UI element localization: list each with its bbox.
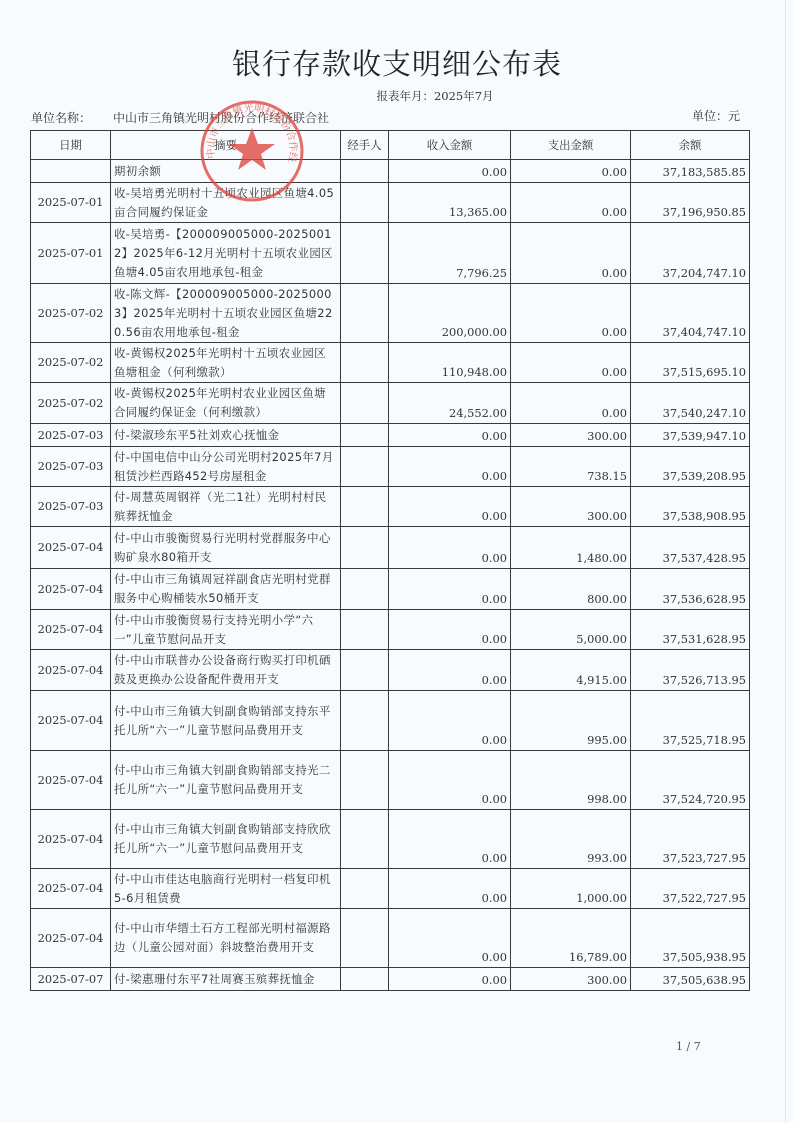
expense-cell: 1,480.00 <box>511 527 631 569</box>
date-cell: 2025-07-02 <box>31 284 111 343</box>
header-summary: 摘要 <box>111 131 341 160</box>
summary-cell: 收-黄锡权2025年光明村十五顷农业园区鱼塘租金（何利缴款） <box>111 343 341 383</box>
summary-cell: 付-中山市三角镇大钊副食购销部支持东平托儿所“六一”儿童节慰问品费用开支 <box>111 691 341 751</box>
balance-cell: 37,531,628.95 <box>631 610 750 650</box>
income-cell: 13,365.00 <box>389 183 511 223</box>
balance-cell: 37,196,950.85 <box>631 183 750 223</box>
income-cell: 200,000.00 <box>389 284 511 343</box>
table-row: 2025-07-01收-吴培勇-【200009005000-20250012】2… <box>31 223 750 284</box>
balance-cell: 37,526,713.95 <box>631 650 750 691</box>
summary-cell: 付-中山市联普办公设备商行购买打印机硒鼓及更换办公设备配件费用开支 <box>111 650 341 691</box>
date-cell: 2025-07-07 <box>31 968 111 991</box>
date-cell: 2025-07-04 <box>31 569 111 610</box>
expense-cell: 998.00 <box>511 751 631 810</box>
expense-cell: 0.00 <box>511 343 631 383</box>
income-cell: 0.00 <box>389 569 511 610</box>
table-row: 2025-07-04付-中山市三角镇大钊副食购销部支持光二托儿所“六一”儿童节慰… <box>31 751 750 810</box>
balance-cell: 37,515,695.10 <box>631 343 750 383</box>
balance-cell: 37,505,638.95 <box>631 968 750 991</box>
income-cell: 0.00 <box>389 447 511 487</box>
income-cell: 0.00 <box>389 691 511 751</box>
table-row: 2025-07-04付-中山市华缙土石方工程部光明村福源路边（儿童公园对面）斜坡… <box>31 909 750 968</box>
handler-cell <box>341 909 389 968</box>
expense-cell: 300.00 <box>511 424 631 447</box>
income-cell: 0.00 <box>389 751 511 810</box>
summary-cell: 收-吴培勇光明村十五顷农业园区鱼塘4.05亩合同履约保证金 <box>111 183 341 223</box>
date-cell: 2025-07-04 <box>31 527 111 569</box>
summary-cell: 付-中山市三角镇大钊副食购销部支持光二托儿所“六一”儿童节慰问品费用开支 <box>111 751 341 810</box>
table-row: 2025-07-04付-中山市三角镇大钊副食购销部支持欣欣托儿所“六一”儿童节慰… <box>31 810 750 869</box>
header-income: 收入金额 <box>389 131 511 160</box>
summary-cell: 收-吴培勇-【200009005000-20250012】2025年6-12月光… <box>111 223 341 284</box>
handler-cell <box>341 424 389 447</box>
table-row: 2025-07-03付-周慧英周钢祥（光二1社）光明村村民殡葬抚恤金0.0030… <box>31 487 750 527</box>
expense-cell: 4,915.00 <box>511 650 631 691</box>
handler-cell <box>341 284 389 343</box>
expense-cell: 0.00 <box>511 223 631 284</box>
summary-cell: 付-中国电信中山分公司光明村2025年7月租赁沙栏西路452号房屋租金 <box>111 447 341 487</box>
income-cell: 0.00 <box>389 650 511 691</box>
handler-cell <box>341 183 389 223</box>
table-row: 2025-07-01收-吴培勇光明村十五顷农业园区鱼塘4.05亩合同履约保证金1… <box>31 183 750 223</box>
handler-cell <box>341 691 389 751</box>
expense-cell: 0.00 <box>511 183 631 223</box>
table-row: 2025-07-02收-黄锡权2025年光明村十五顷农业园区鱼塘租金（何利缴款）… <box>31 343 750 383</box>
handler-cell <box>341 447 389 487</box>
table-row: 2025-07-04付-中山市联普办公设备商行购买打印机硒鼓及更换办公设备配件费… <box>31 650 750 691</box>
date-cell: 2025-07-04 <box>31 869 111 909</box>
table-row: 2025-07-04付-中山市骏衡贸易行支持光明小学“六一”儿童节慰问品开支0.… <box>31 610 750 650</box>
unit-name-label: 单位名称： <box>31 111 91 125</box>
handler-cell <box>341 223 389 284</box>
currency-unit: 单位：元 <box>692 107 740 124</box>
income-cell: 0.00 <box>389 160 511 183</box>
summary-cell: 期初余额 <box>111 160 341 183</box>
handler-cell <box>341 810 389 869</box>
balance-cell: 37,522,727.95 <box>631 869 750 909</box>
expense-cell: 300.00 <box>511 487 631 527</box>
date-cell: 2025-07-01 <box>31 223 111 284</box>
date-cell: 2025-07-04 <box>31 810 111 869</box>
summary-cell: 付-中山市三角镇周冠祥副食店光明村党群服务中心购桶装水50桶开支 <box>111 569 341 610</box>
page-edge <box>785 0 786 1123</box>
handler-cell <box>341 751 389 810</box>
table-row: 2025-07-04付-中山市三角镇大钊副食购销部支持东平托儿所“六一”儿童节慰… <box>31 691 750 751</box>
header-balance: 余额 <box>631 131 750 160</box>
summary-cell: 付-中山市骏衡贸易行支持光明小学“六一”儿童节慰问品开支 <box>111 610 341 650</box>
table-row: 2025-07-02收-陈文辉-【200009005000-20250003】2… <box>31 284 750 343</box>
balance-cell: 37,525,718.95 <box>631 691 750 751</box>
handler-cell <box>341 343 389 383</box>
expense-cell: 300.00 <box>511 968 631 991</box>
balance-cell: 37,183,585.85 <box>631 160 750 183</box>
income-cell: 0.00 <box>389 909 511 968</box>
balance-cell: 37,523,727.95 <box>631 810 750 869</box>
handler-cell <box>341 527 389 569</box>
table-row: 期初余额0.000.0037,183,585.85 <box>31 160 750 183</box>
expense-cell: 5,000.00 <box>511 610 631 650</box>
date-cell: 2025-07-04 <box>31 751 111 810</box>
table-header-row: 日期 摘要 经手人 收入金额 支出金额 余额 <box>31 131 750 160</box>
balance-cell: 37,538,908.95 <box>631 487 750 527</box>
summary-cell: 付-周慧英周钢祥（光二1社）光明村村民殡葬抚恤金 <box>111 487 341 527</box>
income-cell: 0.00 <box>389 424 511 447</box>
header-expense: 支出金额 <box>511 131 631 160</box>
income-cell: 0.00 <box>389 487 511 527</box>
page-number: 1 / 7 <box>676 1040 701 1053</box>
date-cell: 2025-07-04 <box>31 691 111 751</box>
balance-cell: 37,536,628.95 <box>631 569 750 610</box>
date-cell <box>31 160 111 183</box>
balance-cell: 37,524,720.95 <box>631 751 750 810</box>
balance-cell: 37,540,247.10 <box>631 383 750 424</box>
unit-name-value: 中山市三角镇光明村股份合作经济联合社 <box>113 111 329 125</box>
handler-cell <box>341 383 389 424</box>
handler-cell <box>341 869 389 909</box>
expense-cell: 1,000.00 <box>511 869 631 909</box>
income-cell: 7,796.25 <box>389 223 511 284</box>
summary-cell: 付-中山市华缙土石方工程部光明村福源路边（儿童公园对面）斜坡整治费用开支 <box>111 909 341 968</box>
expense-cell: 0.00 <box>511 160 631 183</box>
balance-cell: 37,539,208.95 <box>631 447 750 487</box>
unit-name-line: 单位名称：中山市三角镇光明村股份合作经济联合社 <box>31 109 329 126</box>
expense-cell: 16,789.00 <box>511 909 631 968</box>
handler-cell <box>341 160 389 183</box>
table-row: 2025-07-04付-中山市佳达电脑商行光明村一档复印机5-6月租赁费0.00… <box>31 869 750 909</box>
summary-cell: 收-黄锡权2025年光明村农业业园区鱼塘合同履约保证金（何利缴款） <box>111 383 341 424</box>
header-date: 日期 <box>31 131 111 160</box>
summary-cell: 付-梁淑珍东平5社刘欢心抚恤金 <box>111 424 341 447</box>
header-handler: 经手人 <box>341 131 389 160</box>
handler-cell <box>341 487 389 527</box>
balance-cell: 37,539,947.10 <box>631 424 750 447</box>
table-row: 2025-07-03付-梁淑珍东平5社刘欢心抚恤金0.00300.0037,53… <box>31 424 750 447</box>
expense-cell: 800.00 <box>511 569 631 610</box>
date-cell: 2025-07-04 <box>31 610 111 650</box>
expense-cell: 0.00 <box>511 383 631 424</box>
income-cell: 110,948.00 <box>389 343 511 383</box>
balance-cell: 37,505,938.95 <box>631 909 750 968</box>
date-cell: 2025-07-03 <box>31 447 111 487</box>
page-title: 银行存款收支明细公布表 <box>0 42 794 83</box>
table-row: 2025-07-04付-中山市三角镇周冠祥副食店光明村党群服务中心购桶装水50桶… <box>31 569 750 610</box>
summary-cell: 付-中山市三角镇大钊副食购销部支持欣欣托儿所“六一”儿童节慰问品费用开支 <box>111 810 341 869</box>
table-row: 2025-07-04付-中山市骏衡贸易行光明村党群服务中心购矿泉水80箱开支0.… <box>31 527 750 569</box>
date-cell: 2025-07-04 <box>31 650 111 691</box>
income-cell: 0.00 <box>389 968 511 991</box>
handler-cell <box>341 610 389 650</box>
expense-cell: 0.00 <box>511 284 631 343</box>
date-cell: 2025-07-03 <box>31 487 111 527</box>
date-cell: 2025-07-02 <box>31 383 111 424</box>
balance-cell: 37,404,747.10 <box>631 284 750 343</box>
income-cell: 24,552.00 <box>389 383 511 424</box>
summary-cell: 付-中山市佳达电脑商行光明村一档复印机5-6月租赁费 <box>111 869 341 909</box>
handler-cell <box>341 650 389 691</box>
expense-cell: 995.00 <box>511 691 631 751</box>
handler-cell <box>341 968 389 991</box>
expense-cell: 993.00 <box>511 810 631 869</box>
income-cell: 0.00 <box>389 527 511 569</box>
ledger-table: 日期 摘要 经手人 收入金额 支出金额 余额 期初余额0.000.0037,18… <box>30 130 750 991</box>
expense-cell: 738.15 <box>511 447 631 487</box>
balance-cell: 37,537,428.95 <box>631 527 750 569</box>
handler-cell <box>341 569 389 610</box>
income-cell: 0.00 <box>389 869 511 909</box>
balance-cell: 37,204,747.10 <box>631 223 750 284</box>
report-period: 报表年月：2025年7月 <box>0 88 794 104</box>
income-cell: 0.00 <box>389 810 511 869</box>
income-cell: 0.00 <box>389 610 511 650</box>
summary-cell: 收-陈文辉-【200009005000-20250003】2025年光明村十五顷… <box>111 284 341 343</box>
date-cell: 2025-07-01 <box>31 183 111 223</box>
date-cell: 2025-07-03 <box>31 424 111 447</box>
summary-cell: 付-梁惠珊付东平7社周赛玉殡葬抚恤金 <box>111 968 341 991</box>
table-row: 2025-07-07付-梁惠珊付东平7社周赛玉殡葬抚恤金0.00300.0037… <box>31 968 750 991</box>
date-cell: 2025-07-04 <box>31 909 111 968</box>
table-row: 2025-07-03付-中国电信中山分公司光明村2025年7月租赁沙栏西路452… <box>31 447 750 487</box>
summary-cell: 付-中山市骏衡贸易行光明村党群服务中心购矿泉水80箱开支 <box>111 527 341 569</box>
table-row: 2025-07-02收-黄锡权2025年光明村农业业园区鱼塘合同履约保证金（何利… <box>31 383 750 424</box>
date-cell: 2025-07-02 <box>31 343 111 383</box>
